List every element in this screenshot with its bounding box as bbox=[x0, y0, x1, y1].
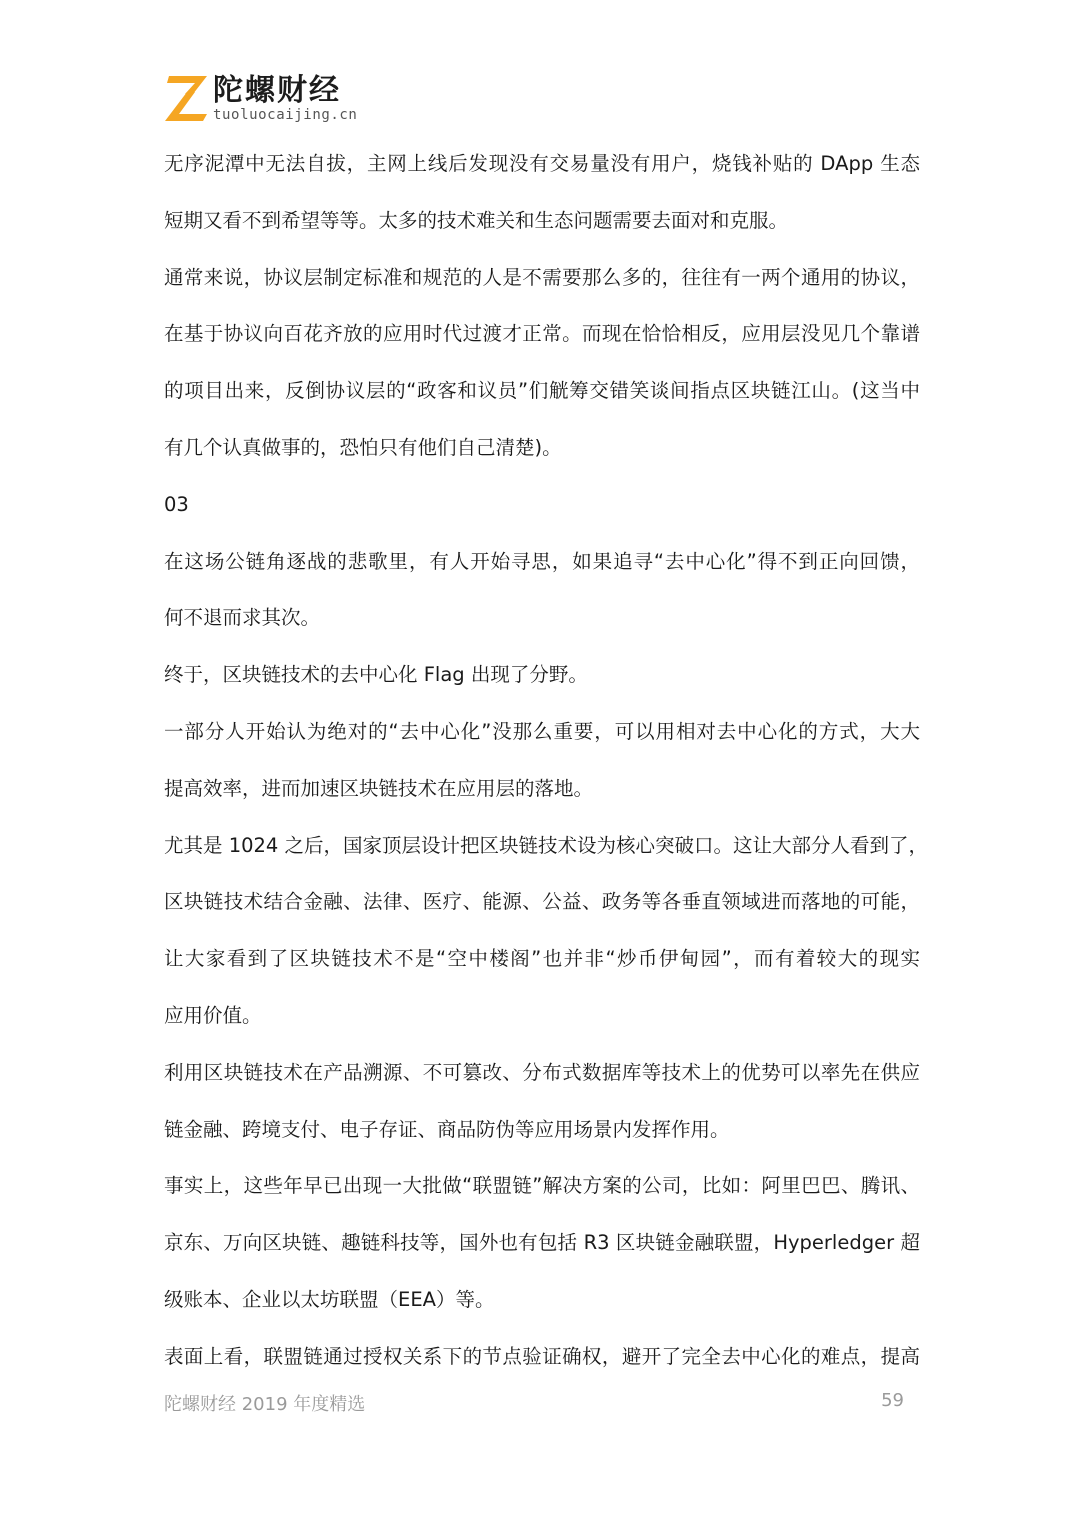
text-line: 尤其是 1024 之后，国家顶层设计把区块链技术设为核心突破口。这让大部分人看到… bbox=[164, 825, 920, 882]
text-line: 级账本、企业以太坊联盟（EEA）等。 bbox=[164, 1279, 920, 1336]
text-line: 何不退而求其次。 bbox=[164, 597, 920, 654]
logo-domain: tuoluocaijing.cn bbox=[213, 108, 357, 122]
text-line: 在基于协议向百花齐放的应用时代过渡才正常。而现在恰恰相反，应用层没见几个靠谱 bbox=[164, 313, 920, 370]
text-line: 链金融、跨境支付、电子存证、商品防伪等应用场景内发挥作用。 bbox=[164, 1109, 920, 1166]
brand-logo: 陀螺财经 tuoluocaijing.cn bbox=[163, 74, 357, 124]
text-line: 提高效率，进而加速区块链技术在应用层的落地。 bbox=[164, 768, 920, 825]
page-number: 59 bbox=[881, 1390, 904, 1416]
logo-chinese-name: 陀螺财经 bbox=[213, 76, 357, 106]
publication-title: 陀螺财经 2019 年度精选 bbox=[164, 1390, 365, 1416]
text-line: 终于，区块链技术的去中心化 Flag 出现了分野。 bbox=[164, 654, 920, 711]
page-footer: 陀螺财经 2019 年度精选 59 bbox=[164, 1390, 904, 1416]
text-line: 利用区块链技术在产品溯源、不可篡改、分布式数据库等技术上的优势可以率先在供应 bbox=[164, 1052, 920, 1109]
text-line: 京东、万向区块链、趣链科技等，国外也有包括 R3 区块链金融联盟，Hyperle… bbox=[164, 1222, 920, 1279]
section-number: 03 bbox=[164, 484, 920, 541]
text-line: 通常来说，协议层制定标准和规范的人是不需要那么多的，往往有一两个通用的协议， bbox=[164, 257, 920, 314]
text-line: 让大家看到了区块链技术不是“空中楼阁”也并非“炒币伊甸园”，而有着较大的现实 bbox=[164, 938, 920, 995]
text-line: 事实上，这些年早已出现一大批做“联盟链”解决方案的公司，比如：阿里巴巴、腾讯、 bbox=[164, 1165, 920, 1222]
text-line: 区块链技术结合金融、法律、医疗、能源、公益、政务等各垂直领域进而落地的可能， bbox=[164, 881, 920, 938]
text-line: 在这场公链角逐战的悲歌里，有人开始寻思，如果追寻“去中心化”得不到正向回馈， bbox=[164, 541, 920, 598]
text-line: 表面上看，联盟链通过授权关系下的节点验证确权，避开了完全去中心化的难点，提高 bbox=[164, 1336, 920, 1393]
z-logo-icon bbox=[163, 74, 209, 122]
text-line: 有几个认真做事的，恐怕只有他们自己清楚)。 bbox=[164, 427, 920, 484]
article-body: 无序泥潭中无法自拔，主网上线后发现没有交易量没有用户，烧钱补贴的 DApp 生态… bbox=[164, 143, 920, 1393]
text-line: 一部分人开始认为绝对的“去中心化”没那么重要，可以用相对去中心化的方式，大大 bbox=[164, 711, 920, 768]
text-line: 应用价值。 bbox=[164, 995, 920, 1052]
text-line: 无序泥潭中无法自拔，主网上线后发现没有交易量没有用户，烧钱补贴的 DApp 生态 bbox=[164, 143, 920, 200]
text-line: 短期又看不到希望等等。太多的技术难关和生态问题需要去面对和克服。 bbox=[164, 200, 920, 257]
text-line: 的项目出来，反倒协议层的“政客和议员”们觥筹交错笑谈间指点区块链江山。(这当中 bbox=[164, 370, 920, 427]
